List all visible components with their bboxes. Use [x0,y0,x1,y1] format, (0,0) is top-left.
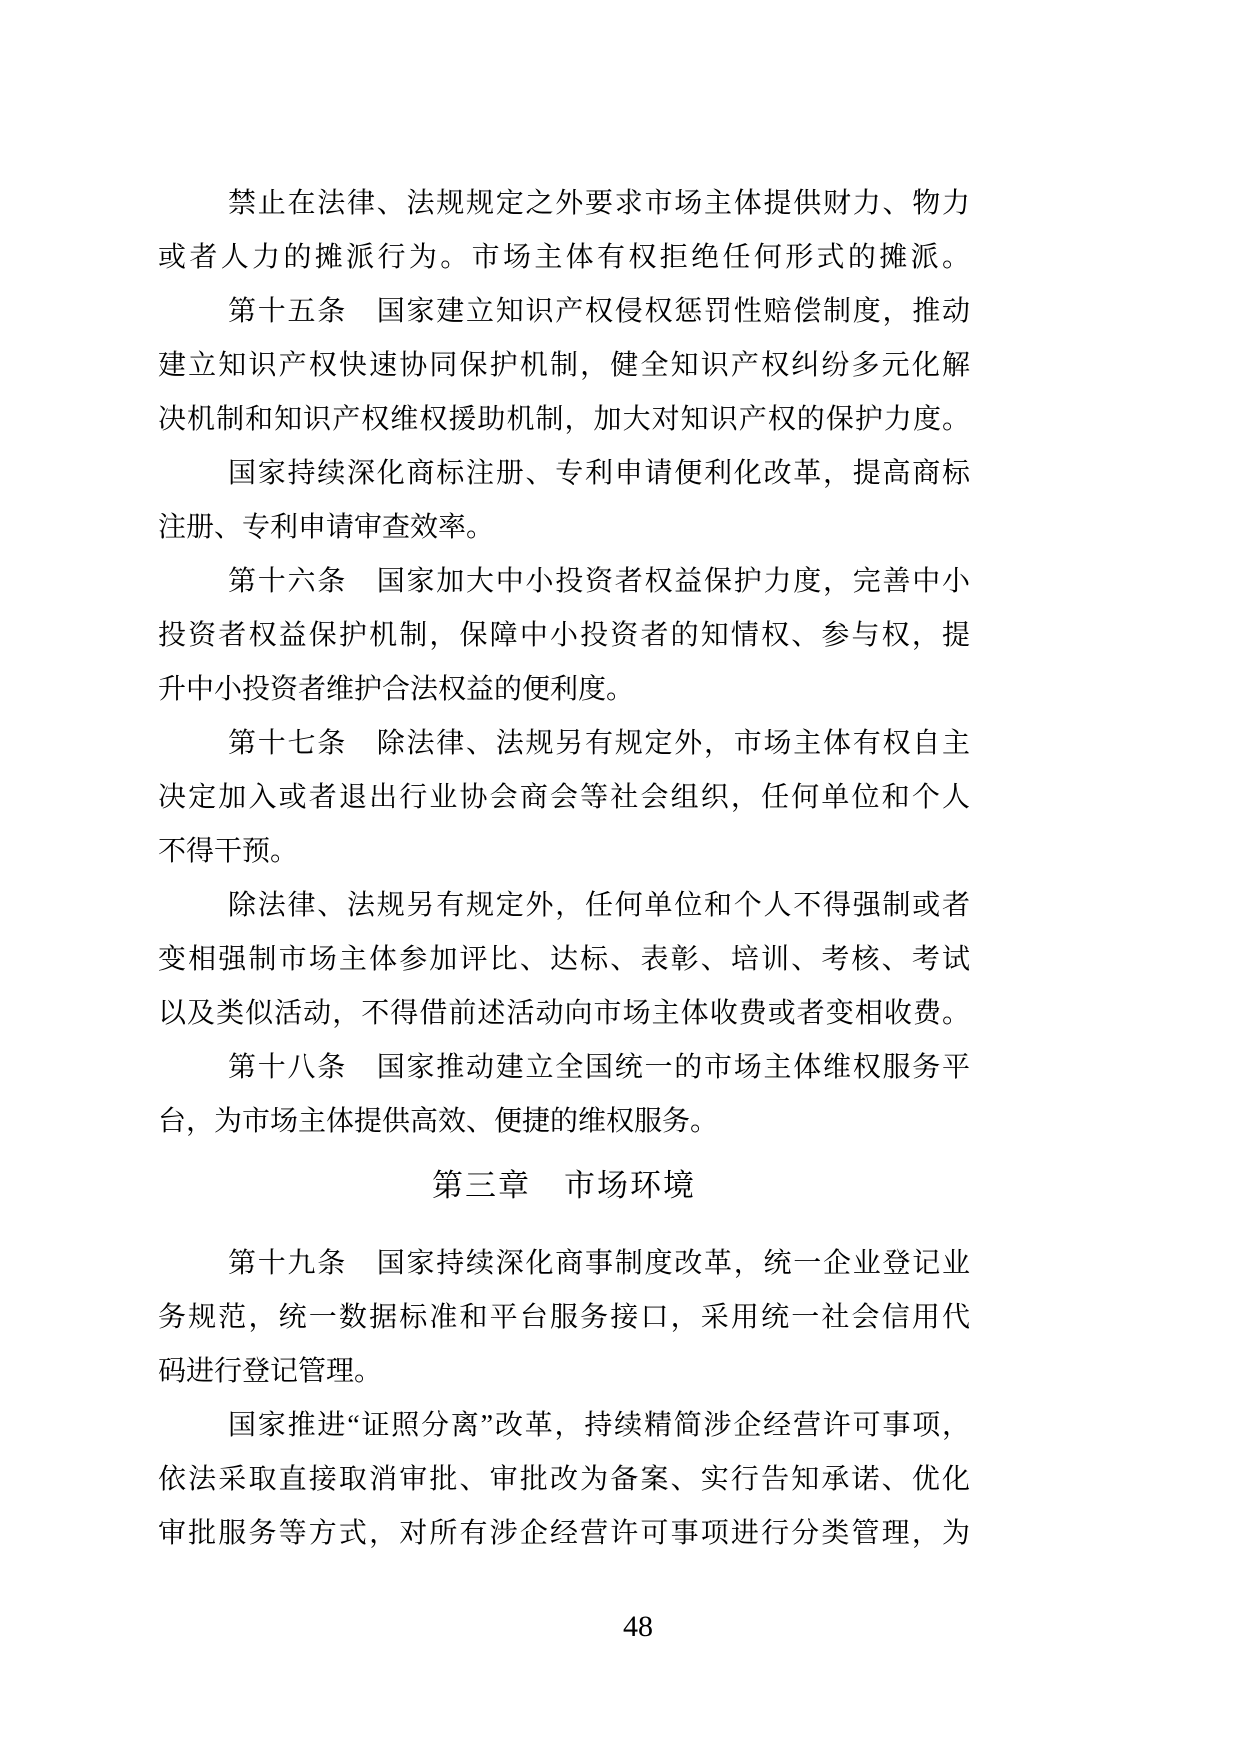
text-line: 务规范，统一数据标准和平台服务接口，采用统一社会信用代 [158,1291,970,1345]
text-line: 依法采取直接取消审批、审批改为备案、实行告知承诺、优化 [158,1453,970,1507]
text-line: 建立知识产权快速协同保护机制，健全知识产权纠纷多元化解 [158,339,970,393]
text-line: 注册、专利申请审查效率。 [158,501,970,555]
text-line: 变相强制市场主体参加评比、达标、表彰、培训、考核、考试 [158,933,970,987]
text-line article-17: 第十七条 除法律、法规另有规定外，市场主体有权自主 [158,717,970,771]
page-number: 48 [623,1607,653,1647]
text-line: 禁止在法律、法规规定之外要求市场主体提供财力、物力 [158,177,970,231]
text-line: 台，为市场主体提供高效、便捷的维权服务。 [158,1095,970,1149]
text-line: 国家持续深化商标注册、专利申请便利化改革，提高商标 [158,447,970,501]
text-line: 以及类似活动，不得借前述活动向市场主体收费或者变相收费。 [158,987,970,1041]
text-line: 码进行登记管理。 [158,1345,970,1399]
text-line article-18: 第十八条 国家推动建立全国统一的市场主体维权服务平 [158,1041,970,1095]
chapter-heading: 第三章 市场环境 [158,1159,970,1213]
text-line: 投资者权益保护机制，保障中小投资者的知情权、参与权，提 [158,609,970,663]
text-line: 不得干预。 [158,825,970,879]
text-line: 或者人力的摊派行为。市场主体有权拒绝任何形式的摊派。 [158,231,970,285]
text-line: 国家推进“证照分离”改革，持续精简涉企经营许可事项， [158,1399,970,1453]
text-line: 决定加入或者退出行业协会商会等社会组织，任何单位和个人 [158,771,970,825]
text-line: 除法律、法规另有规定外，任何单位和个人不得强制或者 [158,879,970,933]
text-line article-19: 第十九条 国家持续深化商事制度改革，统一企业登记业 [158,1237,970,1291]
document-page: 禁止在法律、法规规定之外要求市场主体提供财力、物力 或者人力的摊派行为。市场主体… [0,0,1240,1754]
text-line: 决机制和知识产权维权援助机制，加大对知识产权的保护力度。 [158,393,970,447]
text-line article-15: 第十五条 国家建立知识产权侵权惩罚性赔偿制度，推动 [158,285,970,339]
text-line: 审批服务等方式，对所有涉企经营许可事项进行分类管理，为 [158,1507,970,1561]
text-line article-16: 第十六条 国家加大中小投资者权益保护力度，完善中小 [158,555,970,609]
text-content: 禁止在法律、法规规定之外要求市场主体提供财力、物力 或者人力的摊派行为。市场主体… [158,177,970,1561]
text-line: 升中小投资者维护合法权益的便利度。 [158,663,970,717]
